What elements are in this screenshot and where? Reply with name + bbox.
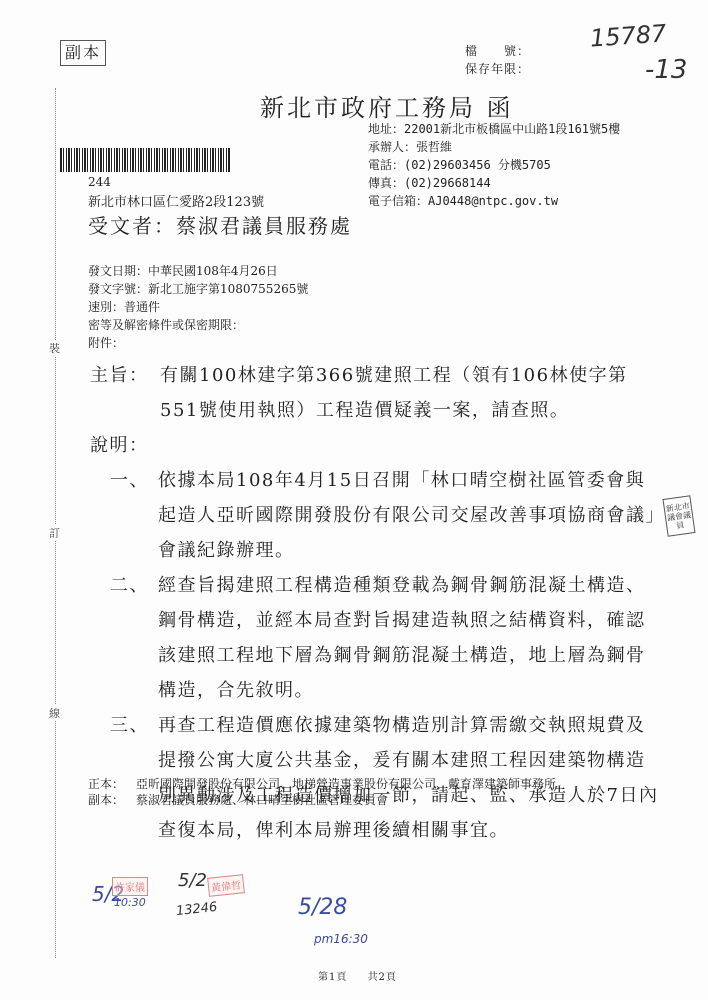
speed-class: 速別：普通件 xyxy=(88,298,308,316)
recipient-name: 受文者：蔡淑君議員服務處 xyxy=(88,210,352,239)
binding-mark-xian: 線 xyxy=(49,705,60,721)
original-label: 正本： xyxy=(88,776,136,792)
archive-meta: 檔 號： 保存年限： xyxy=(465,42,545,78)
recipient-address: 新北市林口區仁愛路2段123號 xyxy=(88,191,264,210)
issue-date: 發文日期：中華民國108年4月26日 xyxy=(88,262,308,280)
document-title: 新北市政府工務局 函 xyxy=(260,88,514,123)
item-text: 依據本局108年4月15日召開「林口晴空樹社區管委會與起造人亞昕國際開發股份有限… xyxy=(158,463,660,568)
sender-email: 電子信箱：AJ0448@ntpc.gov.tw xyxy=(368,192,620,210)
page-total: 共2頁 xyxy=(368,972,397,983)
receipt-2-seal: 黃偉哲 xyxy=(207,874,245,897)
sender-info: 地址：22001新北市板橋區中山路1段161號5樓 承辦人：張哲維 電話：(02… xyxy=(368,120,620,210)
document-body: 主旨： 有關100林建字第366號建照工程（領有106林使字第551號使用執照）… xyxy=(90,358,660,848)
distribution: 正本： 亞昕國際開發股份有限公司、地梯營造事業股份有限公司、戴育澤建築師事務所 … xyxy=(88,776,568,808)
page-footer: 第1頁 共2頁 xyxy=(318,968,413,983)
subject-text: 有關100林建字第366號建照工程（領有106林使字第551號使用執照）工程造價… xyxy=(160,358,660,428)
copy-recipients: 副本： 蔡淑君議員服務處、林口晴空樹社區管理委員會 xyxy=(88,792,568,808)
handwritten-suffix: -13 xyxy=(645,55,687,85)
explanation-item-1: 一、 依據本局108年4月15日召開「林口晴空樹社區管委會與起造人亞昕國際開發股… xyxy=(90,463,660,568)
sender-address: 地址：22001新北市板橋區中山路1段161號5樓 xyxy=(368,120,620,138)
sender-handler: 承辦人：張哲維 xyxy=(368,138,620,156)
explanation-label: 說明： xyxy=(90,428,660,463)
receipt-2-date: 5/2 xyxy=(178,870,207,891)
copy-label: 副本 xyxy=(60,40,106,66)
binding-mark-zhuang: 裝 xyxy=(49,340,60,356)
explanation-item-2: 二、 經查旨揭建照工程構造種類登載為鋼骨鋼筋混凝土構造、鋼骨構造，並經本局查對旨… xyxy=(90,568,660,708)
receipt-2-number: 13246 xyxy=(175,900,218,919)
recipient-zip: 244 xyxy=(88,175,111,189)
issue-number: 發文字號：新北工施字第1080755265號 xyxy=(88,280,308,298)
item-number: 一、 xyxy=(110,463,158,568)
security-class: 密等及解密條件或保密期限： xyxy=(88,316,308,334)
document-meta: 發文日期：中華民國108年4月26日 發文字號：新北工施字第1080755265… xyxy=(88,262,308,352)
copy-list: 蔡淑君議員服務處、林口晴空樹社區管理委員會 xyxy=(136,792,388,808)
copy-recipients-label: 副本： xyxy=(88,792,136,808)
retention-label: 保存年限： xyxy=(465,60,545,78)
receipt-1-time: 10:30 xyxy=(114,896,146,909)
archive-no-label: 檔 號： xyxy=(465,42,545,60)
page-number: 第1頁 xyxy=(318,972,347,983)
subject: 主旨： 有關100林建字第366號建照工程（領有106林使字第551號使用執照）… xyxy=(90,358,660,428)
receipt-3-time: pm16:30 xyxy=(314,932,368,946)
handwritten-archive-no: 15787 xyxy=(589,19,667,52)
item-number: 二、 xyxy=(110,568,158,708)
receipt-1-seal: 許家儀 xyxy=(112,877,148,896)
sender-phone: 電話：(02)29603456 分機5705 xyxy=(368,156,620,174)
original-list: 亞昕國際開發股份有限公司、地梯營造事業股份有限公司、戴育澤建築師事務所 xyxy=(136,776,556,792)
barcode xyxy=(60,148,230,172)
councilor-seal: 新北市議會議員 xyxy=(662,495,695,537)
item-text: 經查旨揭建照工程構造種類登載為鋼骨鋼筋混凝土構造、鋼骨構造，並經本局查對旨揭建造… xyxy=(158,568,660,708)
binding-mark-ding: 訂 xyxy=(49,525,60,541)
receipt-3-date: 5/28 xyxy=(298,895,347,920)
binding-line xyxy=(55,88,56,958)
subject-label: 主旨： xyxy=(90,358,160,428)
sender-fax: 傳真：(02)29668144 xyxy=(368,174,620,192)
attachment: 附件： xyxy=(88,334,308,352)
original-recipients: 正本： 亞昕國際開發股份有限公司、地梯營造事業股份有限公司、戴育澤建築師事務所 xyxy=(88,776,568,792)
